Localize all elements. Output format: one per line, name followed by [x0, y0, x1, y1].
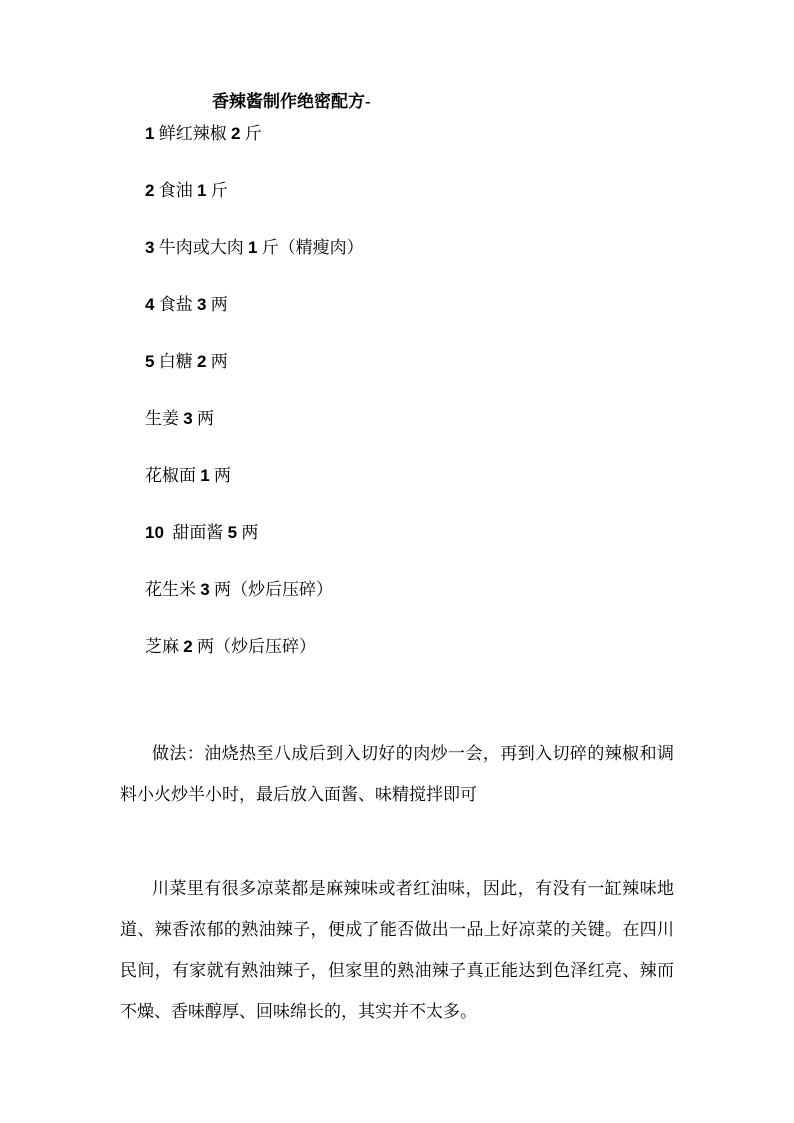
- ingredient-item-10: 芝麻 2 两（炒后压碎）: [120, 637, 674, 657]
- document-page: 香辣酱制作绝密配方- 1 鲜红辣椒 2 斤 2 食油 1 斤 3 牛肉或大肉 1…: [0, 0, 794, 1123]
- ingredient-item-2: 2 食油 1 斤: [120, 181, 674, 201]
- ingredient-item-9: 花生米 3 两（炒后压碎）: [120, 580, 674, 600]
- document-title: 香辣酱制作绝密配方-: [212, 92, 674, 112]
- ingredient-item-1: 1 鲜红辣椒 2 斤: [120, 124, 674, 144]
- story-paragraph: 川菜里有很多凉菜都是麻辣味或者红油味，因此，有没有一缸辣味地道、辣香浓郁的熟油辣…: [120, 868, 674, 1032]
- ingredient-item-7: 花椒面 1 两: [120, 466, 674, 486]
- method-paragraph: 做法：油烧热至八成后到入切好的肉炒一会，再到入切碎的辣椒和调料小火炒半小时，最后…: [120, 733, 674, 815]
- ingredient-item-6: 生姜 3 两: [120, 409, 674, 429]
- ingredient-item-5: 5 白糖 2 两: [120, 352, 674, 372]
- ingredient-item-8: 10 甜面酱 5 两: [120, 523, 674, 543]
- ingredient-item-3: 3 牛肉或大肉 1 斤（精瘦肉）: [120, 238, 674, 258]
- ingredient-item-4: 4 食盐 3 两: [120, 295, 674, 315]
